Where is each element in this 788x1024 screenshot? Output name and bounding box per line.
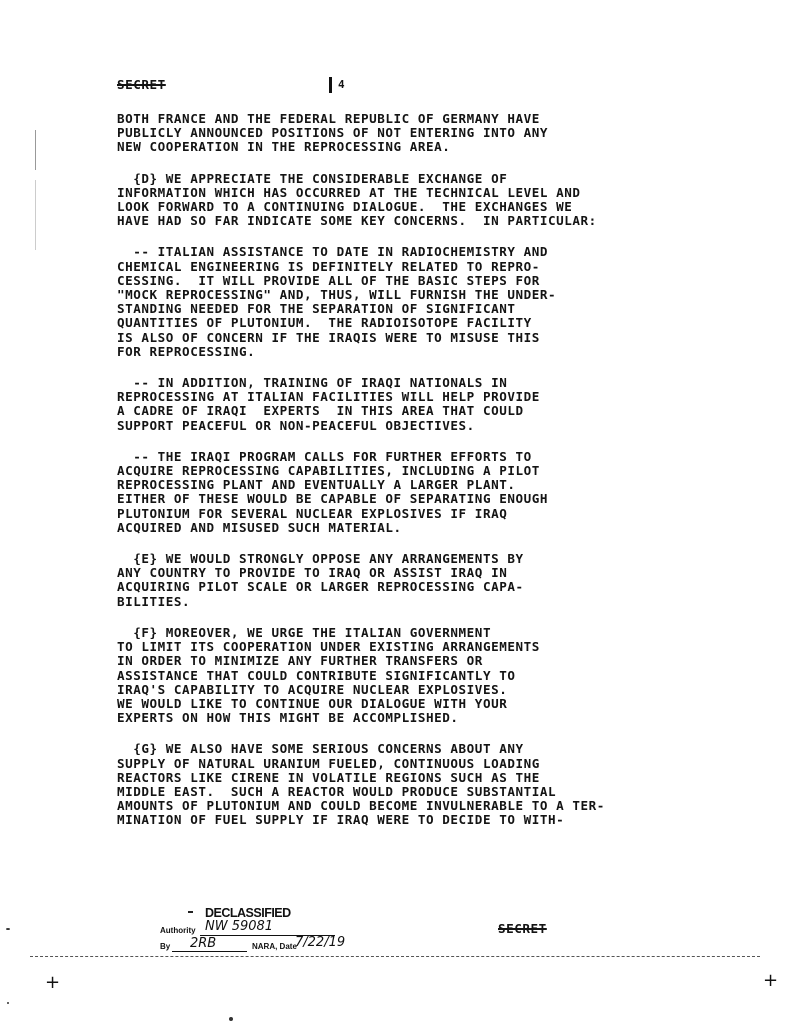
stamp-underline [172, 951, 247, 952]
scan-speck [229, 1017, 233, 1021]
page-number: 4 [338, 78, 345, 91]
paragraph-d-bullet-3: -- THE IRAQI PROGRAM CALLS FOR FURTHER E… [117, 450, 697, 535]
classification-header: SECRET [117, 77, 166, 92]
stamp-title: DECLASSIFIED [205, 906, 291, 920]
stamp-authority-label: Authority [160, 926, 196, 935]
paragraph-intro: BOTH FRANCE AND THE FEDERAL REPUBLIC OF … [117, 112, 697, 155]
classification-footer: SECRET [498, 921, 547, 936]
declassification-stamp: DECLASSIFIED Authority NW 59081 By 2RB N… [160, 906, 360, 966]
page-number-bar [329, 77, 332, 93]
paragraph-d: {D} WE APPRECIATE THE CONSIDERABLE EXCHA… [117, 172, 697, 229]
scan-speck [7, 1002, 9, 1004]
stamp-by-label: By [160, 942, 170, 951]
stamp-mark [188, 911, 193, 913]
paragraph-f: {F} MOREOVER, WE URGE THE ITALIAN GOVERN… [117, 626, 697, 725]
paragraph-e: {E} WE WOULD STRONGLY OPPOSE ANY ARRANGE… [117, 552, 697, 609]
paragraph-d-bullet-1: -- ITALIAN ASSISTANCE TO DATE IN RADIOCH… [117, 245, 697, 359]
stamp-by-value: 2RB [190, 936, 216, 951]
stamp-nara-date-label: NARA, Date [252, 942, 297, 951]
scan-margin-artifact [35, 180, 36, 250]
scan-margin-artifact [35, 130, 36, 170]
paragraph-d-bullet-2: -- IN ADDITION, TRAINING OF IRAQI NATION… [117, 376, 697, 433]
registration-mark-left: + [45, 972, 60, 993]
registration-mark-right: + [763, 970, 778, 991]
document-body: BOTH FRANCE AND THE FEDERAL REPUBLIC OF … [117, 112, 697, 845]
perforation-line [30, 956, 760, 957]
scan-speck [6, 928, 10, 930]
paragraph-g: {G} WE ALSO HAVE SOME SERIOUS CONCERNS A… [117, 742, 697, 827]
document-page: SECRET 4 BOTH FRANCE AND THE FEDERAL REP… [0, 0, 788, 1024]
stamp-authority-value: NW 59081 [205, 919, 273, 934]
stamp-date-value: 7/22/19 [295, 935, 345, 950]
